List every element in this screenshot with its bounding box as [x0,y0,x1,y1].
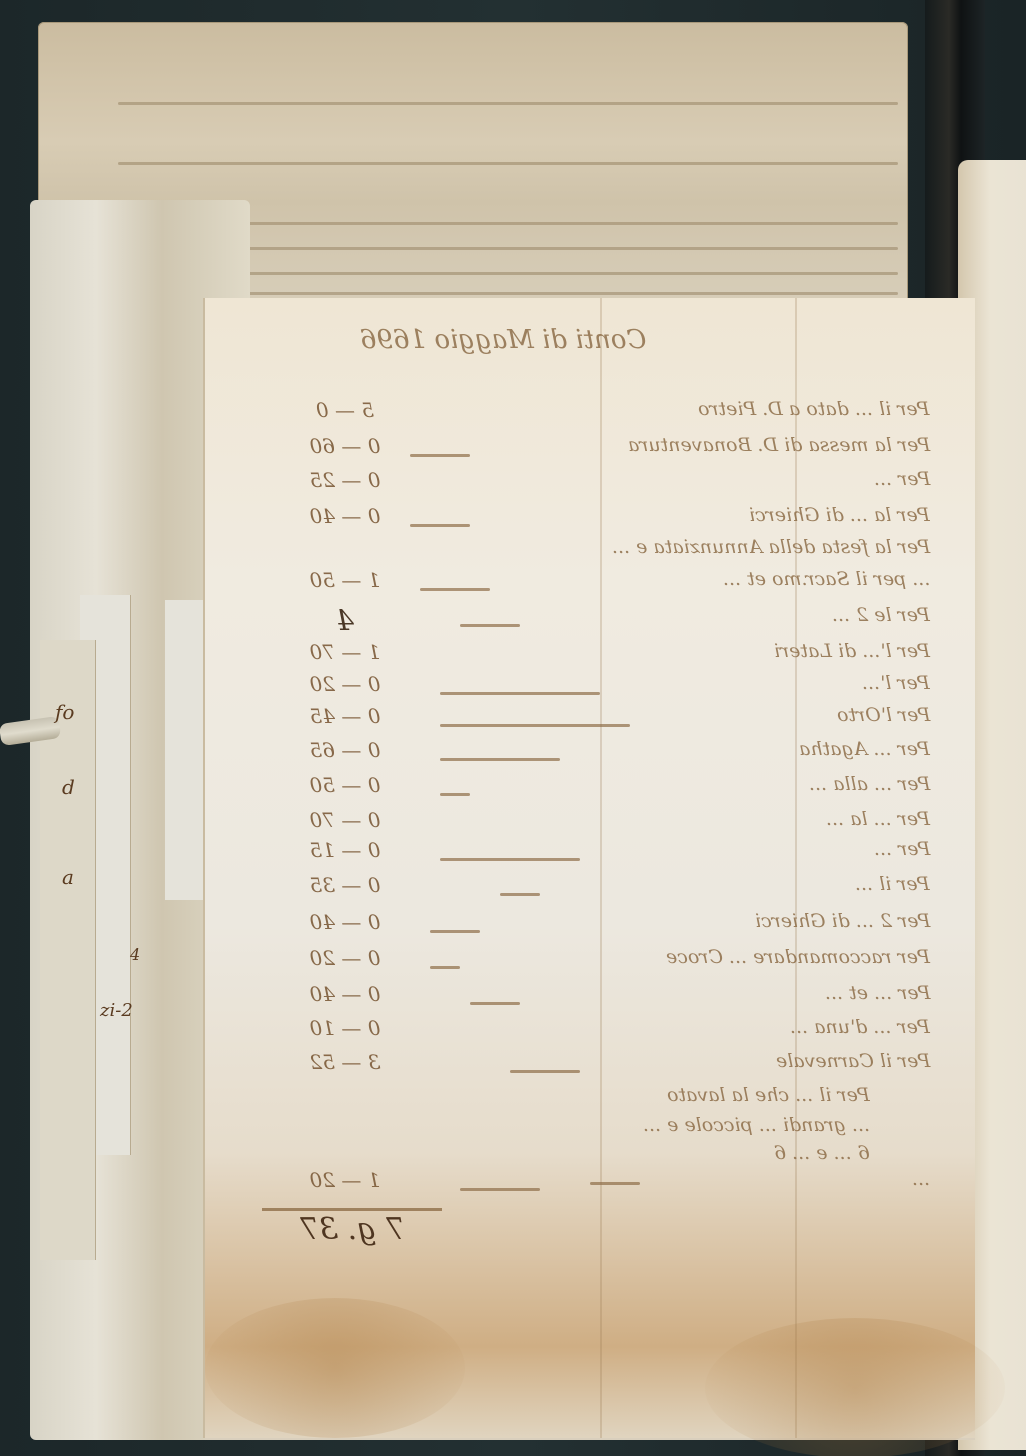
description: Per ... et ... [825,982,931,1004]
amount: 0 — 40 [290,504,400,528]
expense-row: 3 — 52Per il Carnevale [290,1050,930,1086]
expense-row: 0 — 20Per l'... [290,672,930,708]
description: Per la messa di D. Bonaventura [628,434,930,456]
amount: 0 — 60 [290,434,400,458]
expense-row: 0 — 15Per ... [290,838,930,874]
description: ... [912,1168,930,1190]
amount: 0 — 45 [290,704,400,728]
description: Per ... [874,838,930,860]
amount: 0 — 40 [290,982,400,1006]
expense-row: 0 — 40Per la ... di Ghierci [290,504,930,540]
description: Per le 2 ... [832,604,930,626]
amount: 3 — 52 [290,1050,400,1074]
description: Per ... d'una ... [790,1016,930,1038]
description: ... per il Sacr.mo et ... [723,568,930,590]
amount: 0 — 70 [290,808,400,832]
description: Per l'... [862,672,930,694]
expense-row: 0 — 35Per il ... [290,873,930,909]
description: 6 ... e ... 6 [774,1142,870,1164]
expense-row: 0 — 25Per ... [290,468,930,504]
fragment-text: d [62,775,75,799]
amount: 0 — 10 [290,1016,400,1040]
expense-row: 1 — 70Per l'... di Lateri [290,640,930,676]
page-title: Conti di Maggio 1696 [360,325,740,355]
amount: 0 — 15 [290,838,400,862]
description: Per l'... di Lateri [774,640,930,662]
paper-strip [165,600,205,900]
description: Per il ... che la lavato [667,1084,870,1106]
description: ... grandi ... piccole e ... [643,1114,870,1136]
description: Per raccomandare ... Croce [666,946,930,968]
amount: 0 — 35 [290,873,400,897]
description: Per il Carnevale [776,1050,930,1072]
description: Per il ... [855,873,930,895]
expense-row: 0 — 60Per la messa di D. Bonaventura [290,434,930,470]
fragment-text: a [62,865,74,889]
description: Per l'Orto [837,704,930,726]
expense-row: 1 — 20... [290,1168,930,1204]
description: Per la festa della Annunziata e ... [612,536,930,558]
expense-row: 0 — 10Per ... d'una ... [290,1016,930,1052]
description: Per ... Agatha [799,738,930,760]
description: Per 2 ... di Ghierci [755,910,930,932]
fragment-text: zi-2 [100,1000,133,1021]
expense-row: 0 — 65Per ... Agatha [290,738,930,774]
expense-row: 0 — 50Per ... alla ... [290,773,930,809]
expense-row: 0 — 40Per 2 ... di Ghierci [290,910,930,946]
expense-row: 4Per le 2 ... [290,604,930,640]
fragment-text: fo [55,700,74,724]
amount: 0 — 40 [290,910,400,934]
amount: 1 — 50 [290,568,400,592]
description: Per il ... dato a D. Pietro [698,398,930,420]
amount: 4 [290,604,400,637]
expense-row: 0 — 40Per ... et ... [290,982,930,1018]
amount: 0 — 20 [290,946,400,970]
amount: 0 — 25 [290,468,400,492]
expense-row: 0 — 20Per raccomandare ... Croce [290,946,930,982]
amount: 1 — 20 [290,1168,400,1192]
expense-row: Per la festa della Annunziata e ... [290,536,930,572]
total-rule [262,1208,442,1211]
amount: 5 — 0 [290,398,400,422]
expense-row: 0 — 45Per l'Orto [290,704,930,740]
expense-row: 1 — 50... per il Sacr.mo et ... [290,568,930,604]
amount: 0 — 20 [290,672,400,696]
description: Per la ... di Ghierci [749,504,930,526]
amount: 1 — 70 [290,640,400,664]
description: Per ... alla ... [809,773,930,795]
amount: 0 — 50 [290,773,400,797]
fragment-text: 4 [130,945,140,964]
total-amount: 7 g. 37 [300,1212,405,1247]
description: Per ... la ... [826,808,930,830]
description: Per ... [874,468,930,490]
amount: 0 — 65 [290,738,400,762]
expense-row: 5 — 0Per il ... dato a D. Pietro [290,398,930,434]
